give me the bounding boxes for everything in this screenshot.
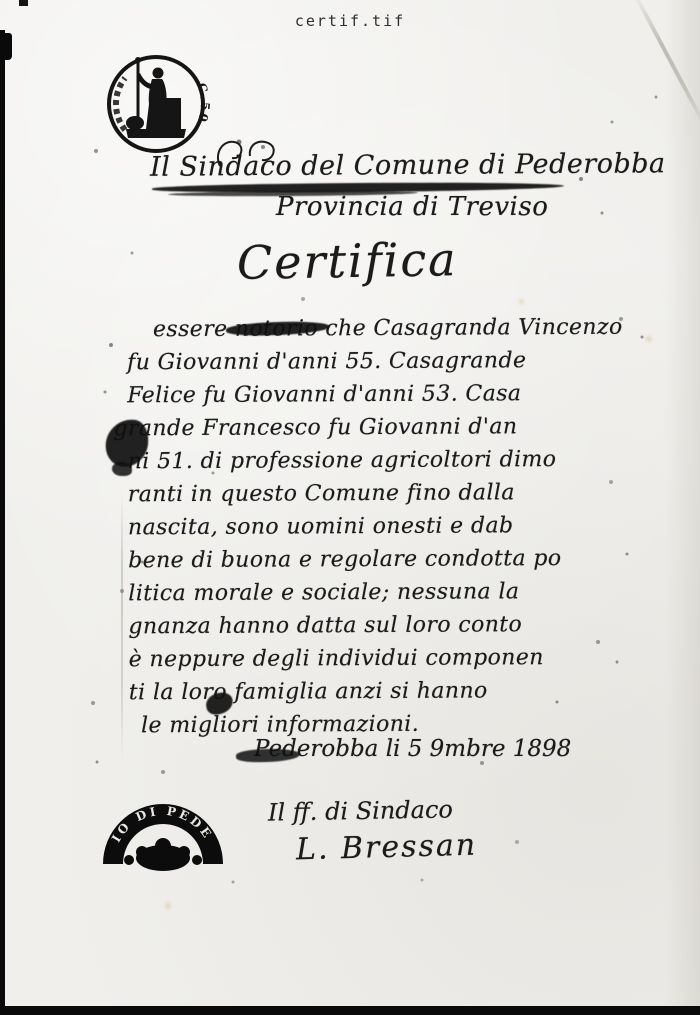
scan-noise-speckles <box>0 0 2 2</box>
scan-edge-bottom <box>0 1006 700 1015</box>
signature-name: L. Bressan <box>296 828 478 868</box>
handwritten-line: gnanza hanno datta sul loro conto <box>128 608 624 644</box>
certificate-body: essere notorio che Casagranda Vincenzo f… <box>127 311 625 743</box>
foxing-stain <box>519 299 524 304</box>
handwritten-line: nascita, sono uomini onesti e dab <box>128 509 624 545</box>
place-date-line: Pederobba li 5 9mbre 1898 <box>254 736 571 762</box>
revenue-stamp-value: C.50. <box>192 81 212 132</box>
scan-edge-mark <box>0 33 12 60</box>
revenue-stamp-icon: C.50. <box>100 48 212 160</box>
handwritten-line: è neppure degli individui componen <box>129 641 625 677</box>
signature-role: Il ff. di Sindaco <box>268 795 453 826</box>
issuer-line: Il Sindaco del Comune di Pederobba <box>150 148 666 183</box>
handwritten-line: ni 51. di professione agricoltori dimo <box>128 443 624 479</box>
handwritten-line: litica morale e sociale; nessuna la <box>128 575 624 611</box>
foxing-stain <box>165 903 171 909</box>
scan-edge-notch <box>19 0 28 6</box>
province-line: Provincia di Treviso <box>276 192 548 222</box>
scan-edge-left <box>0 30 5 1015</box>
foxing-stain <box>646 336 652 342</box>
handwritten-line: ranti in questo Comune fino dalla <box>128 476 624 512</box>
stamp-crest-icon <box>124 838 202 871</box>
ink-blot <box>112 462 132 476</box>
scan-filename: certif.tif <box>0 12 700 30</box>
handwritten-line: bene di buona e regolare condotta po <box>128 542 624 578</box>
svg-text:C.50.: C.50. <box>192 81 212 132</box>
municipal-stamp-icon: IO DI PEDE <box>97 800 229 872</box>
paper-fold-line <box>121 490 123 760</box>
handwritten-line: fu Giovanni d'anni 55. Casagrande <box>127 344 623 380</box>
certificate-title: Certifica <box>237 232 458 290</box>
handwritten-line: ti la loro famiglia anzi si hanno <box>129 674 625 710</box>
allegorical-figure-icon <box>126 57 186 138</box>
handwritten-line: grande Francesco fu Giovanni d'an <box>113 410 623 446</box>
handwritten-line: essere notorio che Casagranda Vincenzo <box>153 311 623 346</box>
handwritten-line: Felice fu Giovanni d'anni 53. Casa <box>127 377 623 413</box>
